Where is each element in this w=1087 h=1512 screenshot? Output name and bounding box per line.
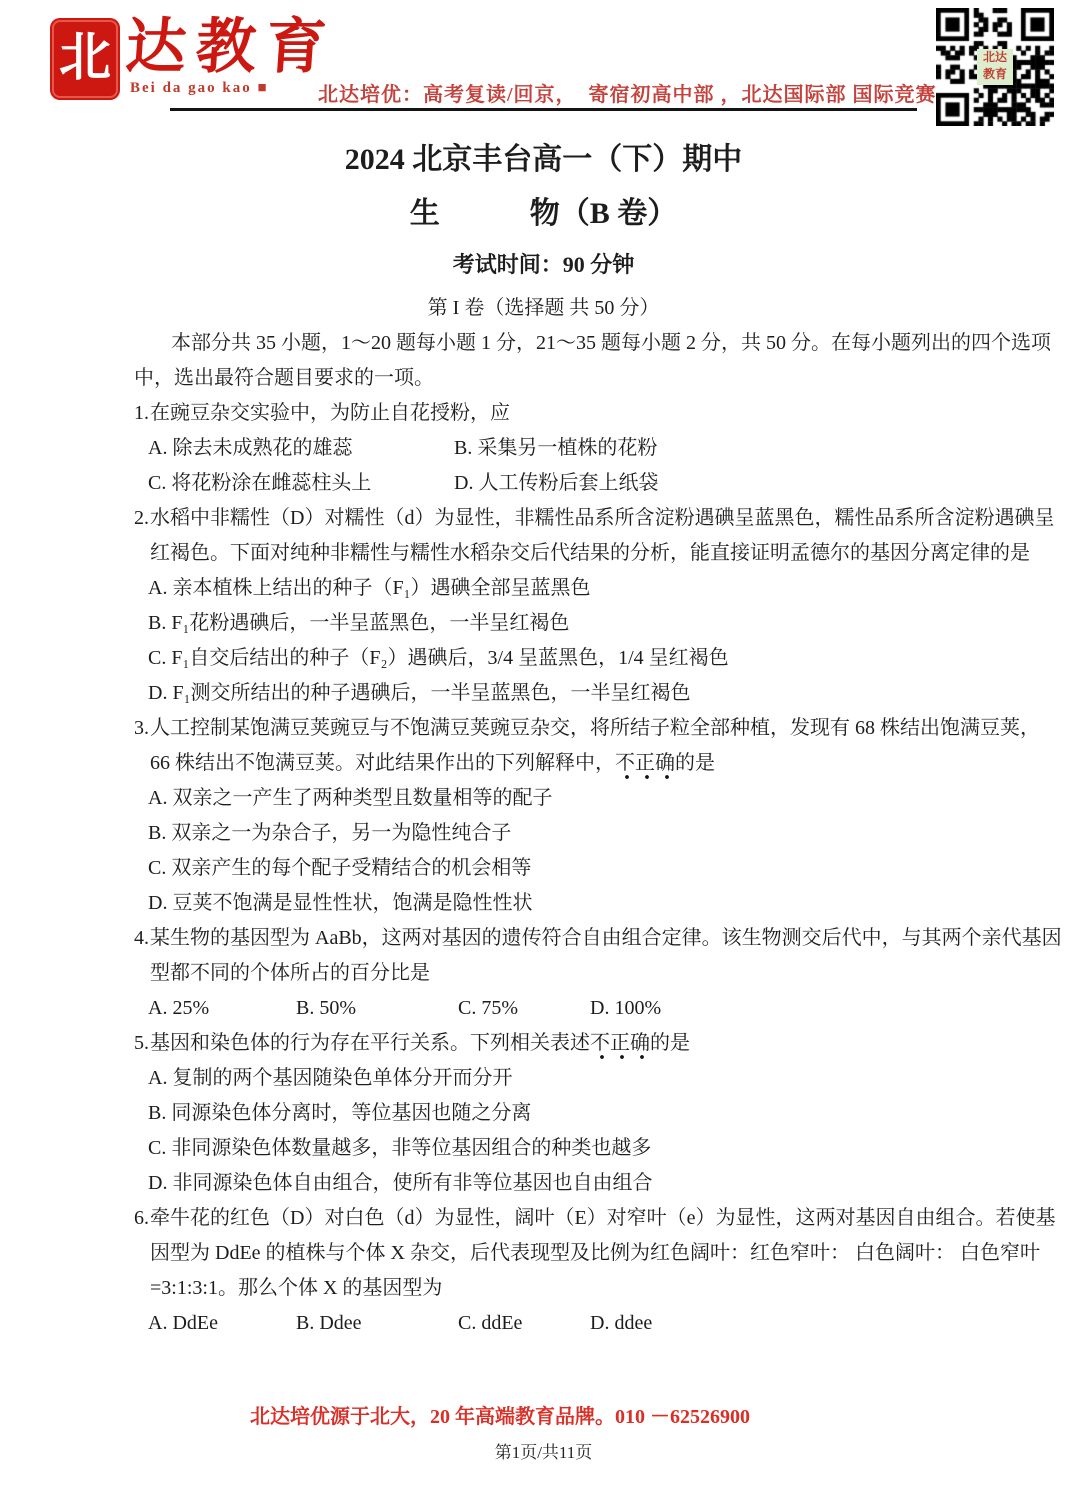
option: D. 人工传粉后套上纸袋 [454,466,658,501]
question-stem: 2.水稻中非糯性（D）对糯性（d）为显性，非糯性品系所含淀粉遇碘呈蓝黑色，糯性品… [134,501,1034,571]
option: B. Ddee [296,1306,458,1341]
option: A. 双亲之一产生了两种类型且数量相等的配子 [148,787,552,809]
option-row: D. 非同源染色体自由组合，使所有非等位基因也自由组合 [134,1166,1034,1201]
option-row: A. 复制的两个基因随染色单体分开而分开 [134,1061,1034,1096]
option-row: A. 除去未成熟花的雄蕊B. 采集另一植株的花粉 [134,431,1034,466]
option: C. 非同源染色体数量越多，非等位基因组合的种类也越多 [148,1137,651,1159]
question-number: 3. [134,711,150,746]
question: 6.牵牛花的红色（D）对白色（d）为显性，阔叶（E）对窄叶（e）为显性，这两对基… [134,1201,1034,1341]
question: 5.基因和染色体的行为存在平行关系。下列相关表述不正确的是A. 复制的两个基因随… [134,1026,1034,1201]
option: B. 双亲之一为杂合子，另一为隐性纯合子 [148,822,511,844]
option-row: C. 非同源染色体数量越多，非等位基因组合的种类也越多 [134,1131,1034,1166]
option: C. 75% [458,991,590,1026]
title-block: 2024 北京丰台高一（下）期中 生 物（B 卷） 考试时间：90 分钟 第 I… [0,128,1087,322]
option-row: C. 将花粉涂在雌蕊柱头上D. 人工传粉后套上纸袋 [134,466,1034,501]
instructions-paragraph: 本部分共 35 小题，1～20 题每小题 1 分，21～35 题每小题 2 分，… [134,326,1034,396]
brand-calligraphy: 达教育 [124,14,339,80]
option-row: D. 豆荚不饱满是显性性状，饱满是隐性性状 [134,886,1034,921]
question-number: 2. [134,501,150,536]
header: 北 达教育 Bei da gao kao ■ 北达培优：高考复读/回京， 寄宿初… [0,0,1087,128]
emphasized-text: 不正确 [590,1032,650,1060]
option: D. 豆荚不饱满是显性性状，饱满是隐性性状 [148,892,532,914]
question: 2.水稻中非糯性（D）对糯性（d）为显性，非糯性品系所含淀粉遇碘呈蓝黑色，糯性品… [134,501,1034,711]
question: 1.在豌豆杂交实验中，为防止自花授粉，应A. 除去未成熟花的雄蕊B. 采集另一植… [134,396,1034,501]
question: 4.某生物的基因型为 AaBb，这两对基因的遗传符合自由组合定律。该生物测交后代… [134,921,1034,1026]
option: B. F₁花粉遇碘后，一半呈蓝黑色，一半呈红褐色 [148,612,569,634]
option-row: A. 亲本植株上结出的种子（F₁）遇碘全部呈蓝黑色 [134,571,1034,606]
option-row: A. 双亲之一产生了两种类型且数量相等的配子 [134,781,1034,816]
question-number: 1. [134,396,150,431]
exam-body: 本部分共 35 小题，1～20 题每小题 1 分，21～35 题每小题 2 分，… [134,326,1034,1341]
option: A. 亲本植株上结出的种子（F₁）遇碘全部呈蓝黑色 [148,577,591,599]
option: C. 将花粉涂在雌蕊柱头上 [148,466,454,501]
page-number: 第1页/共11页 [0,1438,1087,1463]
header-tagline: 北达培优：高考复读/回京， 寄宿初高中部 ，北达国际部 国际竞赛部 [318,78,958,107]
option: B. 同源染色体分离时，等位基因也随之分离 [148,1102,531,1124]
header-divider [170,108,917,111]
brand-romanized: Bei da gao kao ■ [130,80,269,97]
option-row: A. DdEeB. DdeeC. ddEeD. ddee [134,1306,1034,1341]
option: D. 非同源染色体自由组合，使所有非等位基因也自由组合 [148,1172,652,1194]
option: B. 采集另一植株的花粉 [454,431,657,466]
questions-list: 1.在豌豆杂交实验中，为防止自花授粉，应A. 除去未成熟花的雄蕊B. 采集另一植… [134,396,1034,1341]
option: A. DdEe [148,1306,296,1341]
option: A. 复制的两个基因随染色单体分开而分开 [148,1067,512,1089]
question-stem: 3.人工控制某饱满豆荚豌豆与不饱满豆荚豌豆杂交，将所结子粒全部种植，发现有 68… [134,711,1034,781]
option: A. 25% [148,991,296,1026]
subject-title: 生 物（B 卷） [0,194,1087,234]
option: C. F₁自交后结出的种子（F₂）遇碘后，3/4 呈蓝黑色，1/4 呈红褐色 [148,647,729,669]
option: A. 除去未成熟花的雄蕊 [148,431,454,466]
option: C. ddEe [458,1306,590,1341]
question-stem: 1.在豌豆杂交实验中，为防止自花授粉，应 [134,396,1034,431]
qr-code: 北达 教育 [936,8,1054,126]
qr-center-label: 北达 教育 [977,49,1013,85]
option: D. 100% [590,991,661,1026]
question-stem: 4.某生物的基因型为 AaBb，这两对基因的遗传符合自由组合定律。该生物测交后代… [134,921,1034,991]
footer-brand-line: 北达培优源于北大，20 年高端教育品牌。010 －62526900 [0,1400,1000,1429]
option-row: A. 25%B. 50%C. 75%D. 100% [134,991,1034,1026]
option-row: B. 双亲之一为杂合子，另一为隐性纯合子 [134,816,1034,851]
exam-title: 2024 北京丰台高一（下）期中 [0,140,1087,180]
question-number: 4. [134,921,150,956]
option-row: C. F₁自交后结出的种子（F₂）遇碘后，3/4 呈蓝黑色，1/4 呈红褐色 [134,641,1034,676]
section-heading: 第 I 卷（选择题 共 50 分） [0,294,1087,322]
exam-duration: 考试时间：90 分钟 [0,250,1087,280]
beida-logo-seal: 北 [52,20,118,98]
question-number: 5. [134,1026,150,1061]
exam-paper-page: 北 达教育 Bei da gao kao ■ 北达培优：高考复读/回京， 寄宿初… [0,0,1087,1512]
question-number: 6. [134,1201,150,1236]
option: B. 50% [296,991,458,1026]
question-stem: 6.牵牛花的红色（D）对白色（d）为显性，阔叶（E）对窄叶（e）为显性，这两对基… [134,1201,1034,1306]
option: D. F₁测交所结出的种子遇碘后，一半呈蓝黑色，一半呈红褐色 [148,682,691,704]
seal-character: 北 [59,33,111,85]
option-row: D. F₁测交所结出的种子遇碘后，一半呈蓝黑色，一半呈红褐色 [134,676,1034,711]
question-stem: 5.基因和染色体的行为存在平行关系。下列相关表述不正确的是 [134,1026,1034,1061]
option: D. ddee [590,1306,652,1341]
option: C. 双亲产生的每个配子受精结合的机会相等 [148,857,531,879]
option-row: B. 同源染色体分离时，等位基因也随之分离 [134,1096,1034,1131]
question: 3.人工控制某饱满豆荚豌豆与不饱满豆荚豌豆杂交，将所结子粒全部种植，发现有 68… [134,711,1034,921]
option-row: C. 双亲产生的每个配子受精结合的机会相等 [134,851,1034,886]
emphasized-text: 不正确 [615,752,675,780]
option-row: B. F₁花粉遇碘后，一半呈蓝黑色，一半呈红褐色 [134,606,1034,641]
